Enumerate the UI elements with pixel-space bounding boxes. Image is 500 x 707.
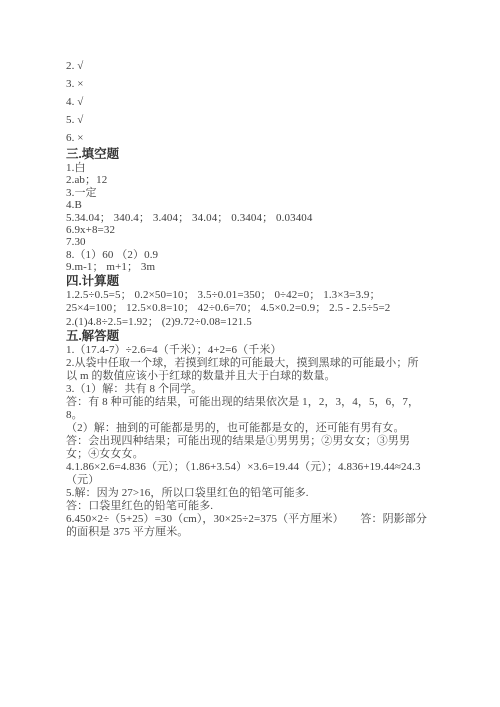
fill-in-item: 6.9x+8=32 (66, 224, 428, 236)
section-title-solving: 五.解答题 (66, 329, 428, 344)
fill-in-item: 5.34.04； 340.4； 3.404； 34.04； 0.3404； 0.… (66, 212, 428, 224)
calculation-paragraph: 2.(1)4.8÷2.5=1.92； (2)9.72÷0.08=121.5 (66, 316, 428, 330)
fill-in-item: 7.30 (66, 236, 428, 248)
fill-in-item: 2.ab；12 (66, 174, 428, 186)
solving-answer-paragraph: 答：有 8 种可能的结果，可能出现的结果依次是 1，2，3，4，5，6，7，8。 (66, 396, 428, 422)
calculation-paragraph: 1.2.5÷0.5=5； 0.2×50=10； 3.5÷0.01=350； 0÷… (66, 289, 428, 316)
judge-answer-item: 3. × (66, 75, 428, 93)
solving-paragraph: 4.1.86×2.6=4.836（元）；（1.86+3.54）×3.6=19.4… (66, 461, 428, 487)
fill-in-item: 3.一定 (66, 187, 428, 199)
judge-answer-item: 6. × (66, 129, 428, 147)
section-judge-answers: 2. √ 3. × 4. √ 5. √ 6. × (66, 57, 428, 147)
judge-answer-item: 2. √ (66, 57, 428, 75)
solving-answer-paragraph: 答：会出现四种结果；可能出现的结果是①男男男；②男女女；③男男女；④女女女。 (66, 435, 428, 461)
fill-in-item: 8.（1）60 （2）0.9 (66, 249, 428, 261)
section-fill-in: 三.填空题 1.白 2.ab；12 3.一定 4.B 5.34.04； 340.… (66, 147, 428, 274)
judge-answer-item: 5. √ (66, 111, 428, 129)
fill-in-item: 4.B (66, 199, 428, 211)
solving-paragraph: 5.解：因为 27>16，所以口袋里红色的铅笔可能多. (66, 487, 428, 500)
section-solving: 五.解答题 1.（17.4-7）÷2.6=4（千米）；4+2=6（千米） 2.从… (66, 329, 428, 539)
section-title-calculation: 四.计算题 (66, 274, 428, 289)
solving-answer-paragraph: 答：口袋里红色的铅笔可能多. (66, 500, 428, 513)
section-title-fill-in: 三.填空题 (66, 147, 428, 162)
judge-answer-item: 4. √ (66, 93, 428, 111)
answer-sheet-page: 2. √ 3. × 4. √ 5. √ 6. × 三.填空题 1.白 2.ab；… (0, 0, 500, 707)
fill-in-item: 1.白 (66, 162, 428, 174)
fill-in-item: 9.m-1； m+1； 3m (66, 261, 428, 273)
section-calculation: 四.计算题 1.2.5÷0.5=5； 0.2×50=10； 3.5÷0.01=3… (66, 274, 428, 330)
solving-paragraph: 6.450×2÷（5+25）=30（cm），30×25÷2=375（平方厘米） … (66, 513, 428, 539)
solving-paragraph: 1.（17.4-7）÷2.6=4（千米）；4+2=6（千米） (66, 344, 428, 357)
solving-paragraph: 3.（1）解：共有 8 个同学。 (66, 383, 428, 396)
solving-paragraph: （2）解：抽到的可能都是男的，也可能都是女的，还可能有男有女。 (66, 422, 428, 435)
solving-paragraph: 2.从袋中任取一个球，若摸到红球的可能最大，摸到黑球的可能最小；所以 m 的数值… (66, 357, 428, 383)
